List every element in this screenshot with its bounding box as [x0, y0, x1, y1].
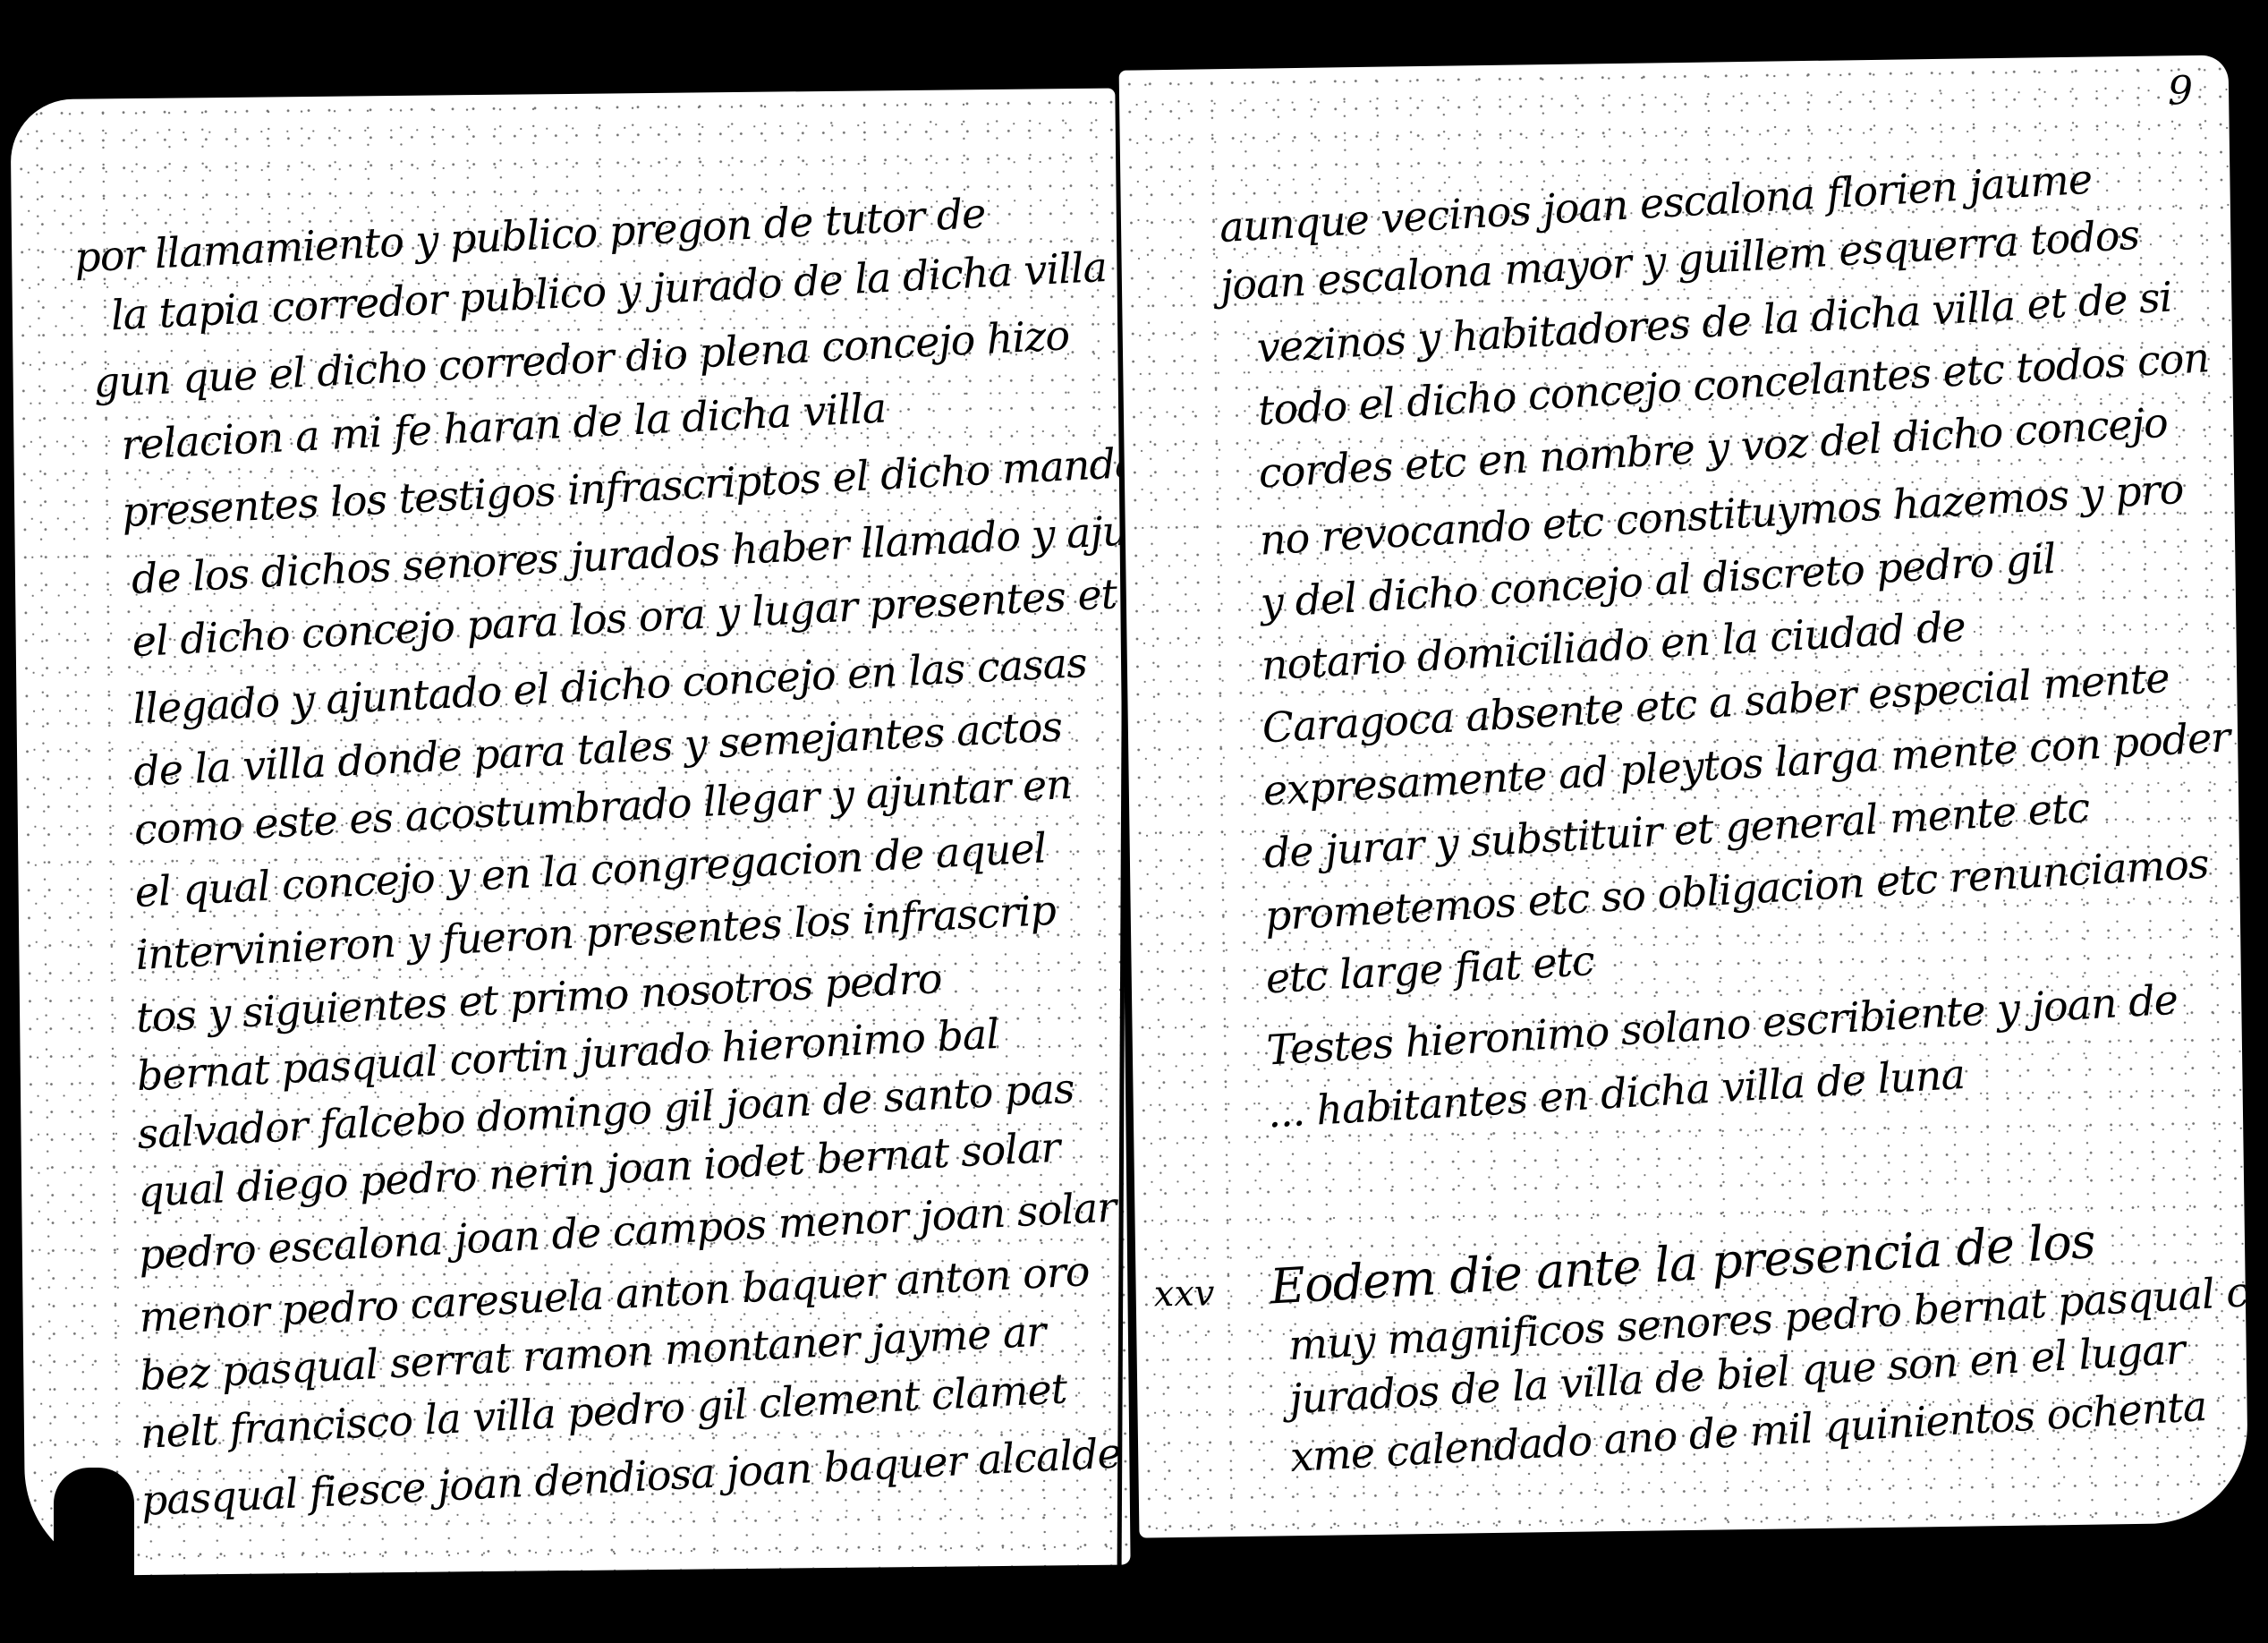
margin-note: xxv [1153, 1273, 1214, 1315]
ink-blot [54, 1468, 134, 1643]
scan-background: por llamamiento y publico pregon de tuto… [0, 0, 2268, 1643]
left-page-text: por llamamiento y publico pregon de tuto… [10, 89, 1130, 1577]
manuscript-line: etc large fiat etc [1264, 936, 1595, 1002]
right-page-text: aunque vecinos joan escalona florien jau… [1119, 55, 2249, 1537]
left-page: por llamamiento y publico pregon de tuto… [10, 89, 1130, 1577]
right-page: 9 aunque vecinos joan escalona florien j… [1119, 55, 2249, 1537]
